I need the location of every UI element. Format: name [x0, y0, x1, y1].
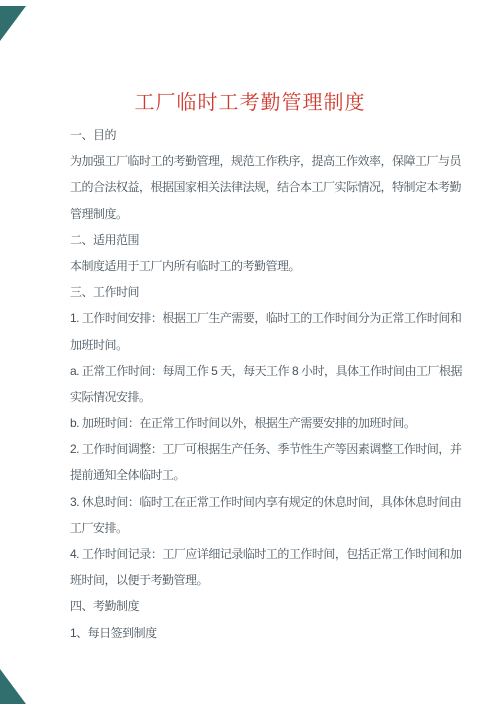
document-title: 工厂临时工考勤管理制度: [0, 86, 500, 115]
corner-triangle-bottom-left: [0, 669, 26, 704]
document-body: 一、目的 为加强工厂临时工的考勤管理，规范工作秩序，提高工作效率，保障工厂与员 …: [70, 122, 438, 646]
text-line: a. 正常工作时间：每周工作 5 天，每天工作 8 小时，具体工作时间由工厂根据: [70, 358, 438, 384]
text-line: 为加强工厂临时工的考勤管理，规范工作秩序，提高工作效率，保障工厂与员: [70, 148, 438, 174]
section-heading: 三、工作时间: [70, 279, 438, 305]
text-line: 本制度适用于工厂内所有临时工的考勤管理。: [70, 253, 438, 279]
document-page: 工厂临时工考勤管理制度 一、目的 为加强工厂临时工的考勤管理，规范工作秩序，提高…: [0, 0, 500, 707]
text-line: 工的合法权益，根据国家相关法律法规，结合本工厂实际情况，特制定本考勤: [70, 174, 438, 200]
section-heading: 四、考勤制度: [70, 593, 438, 619]
text-line: 提前通知全体临时工。: [70, 462, 438, 488]
text-line: 实际情况安排。: [70, 384, 438, 410]
text-line: b. 加班时间：在正常工作时间以外，根据生产需要安排的加班时间。: [70, 410, 438, 436]
section-heading: 二、适用范围: [70, 227, 438, 253]
text-line: 班时间，以便于考勤管理。: [70, 567, 438, 593]
text-line: 管理制度。: [70, 201, 438, 227]
section-heading: 一、目的: [70, 122, 438, 148]
text-line: 加班时间。: [70, 332, 438, 358]
text-line: 1、每日签到制度: [70, 620, 438, 646]
text-line: 3. 休息时间：临时工在正常工作时间内享有规定的休息时间，具体休息时间由: [70, 489, 438, 515]
text-line: 2. 工作时间调整：工厂可根据生产任务、季节性生产等因素调整工作时间，并: [70, 436, 438, 462]
text-line: 工厂安排。: [70, 515, 438, 541]
text-line: 4. 工作时间记录：工厂应详细记录临时工的工作时间，包括正常工作时间和加: [70, 541, 438, 567]
text-line: 1. 工作时间安排：根据工厂生产需要，临时工的工作时间分为正常工作时间和: [70, 305, 438, 331]
corner-triangle-top-left: [0, 6, 26, 41]
